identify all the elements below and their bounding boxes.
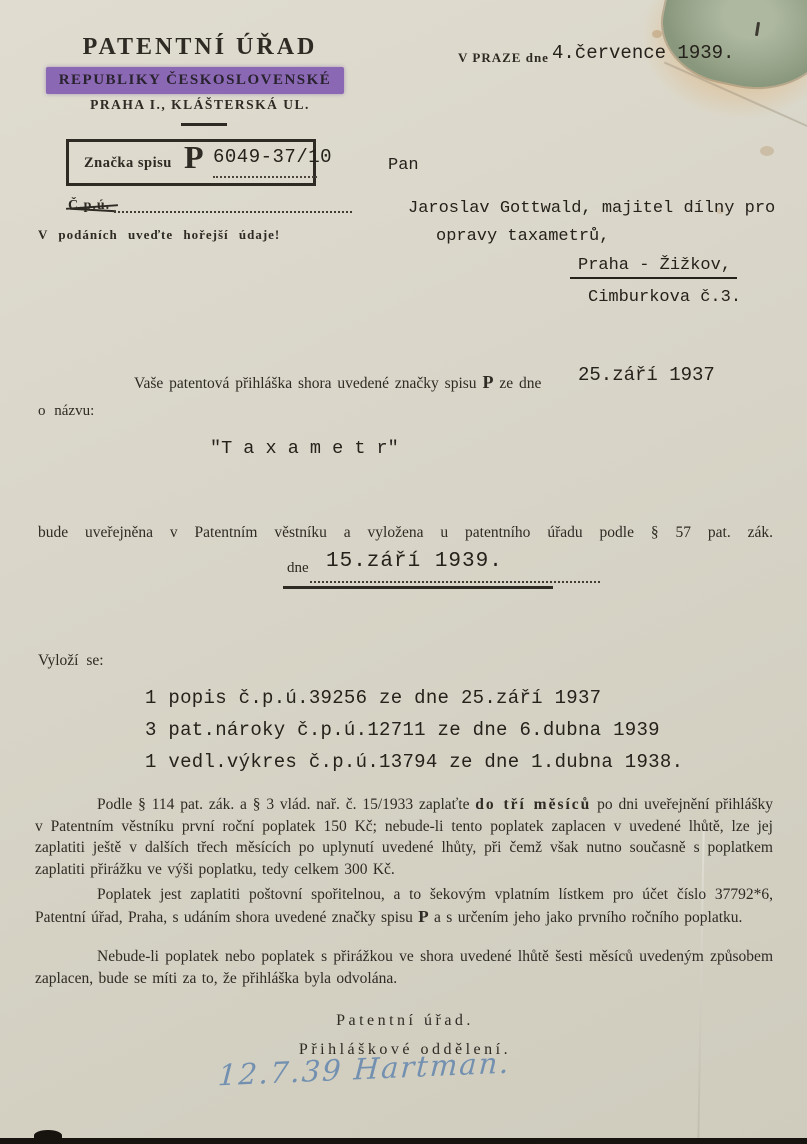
publication-date: 15.září 1939.	[326, 550, 503, 573]
scan-edge	[0, 1138, 807, 1144]
republic-stamp: REPUBLIKY ČESKOSLOVENSKÉ	[46, 67, 344, 94]
exhibit-list: 1 popis č.p.ú.39256 ze dne 25.září 1937 …	[145, 682, 683, 778]
file-symbol: P	[184, 139, 204, 176]
exhibit-item: 1 vedl.výkres č.p.ú.13794 ze dne 1.dubna…	[145, 746, 683, 778]
publication-date-label: dne	[287, 560, 309, 577]
signature-office: Patentní úřad.	[240, 1006, 570, 1035]
header-rule	[181, 123, 227, 126]
exhibit-label: Vyloží se:	[38, 652, 104, 670]
addressee-salutation: Pan	[388, 156, 419, 175]
file-number-dotted-line	[213, 176, 317, 178]
office-address: PRAHA I., KLÁŠTERSKÁ UL.	[58, 97, 342, 113]
scan-edge-blob	[34, 1130, 62, 1141]
intro-text-post: ze dne	[493, 375, 541, 392]
payment-file-symbol: P	[418, 907, 428, 926]
publication-date-dotted-line	[310, 581, 600, 583]
addressee-street: Cimburkova č.3.	[588, 288, 741, 307]
withdrawal-paragraph: Nebude-li poplatek nebo poplatek s přirá…	[35, 946, 773, 989]
fox-spot	[760, 146, 774, 156]
place-date-label: V PRAZE dne	[458, 50, 549, 66]
fee-deadline-emphasis: do tří měsíců	[475, 796, 591, 813]
addressee-name: Jaroslav Gottwald, majitel dílny pro	[408, 199, 775, 218]
fox-spot	[652, 30, 662, 38]
payment-paragraph: Poplatek jest zaplatiti poštovní spořite…	[35, 884, 773, 928]
intro-file-symbol: P	[482, 372, 493, 392]
reference-note: V podáních uveďte hořejší údaje!	[38, 227, 280, 243]
fee-paragraph: Podle § 114 pat. zák. a § 3 vlád. nař. č…	[35, 794, 773, 880]
file-number: 6049-37/10	[213, 146, 332, 168]
addressee-city: Praha - Žižkov,	[570, 256, 737, 279]
publication-line: bude uveřejněna v Patentním věstníku a v…	[38, 524, 773, 542]
intro-line: Vaše patentová přihláška shora uvedené z…	[134, 372, 541, 393]
fee-text-pre: Podle § 114 pat. zák. a § 3 vlád. nař. č…	[97, 796, 475, 813]
title-label: o názvu:	[38, 403, 94, 420]
publication-date-underline	[283, 586, 553, 589]
addressee-occupation: opravy taxametrů,	[436, 227, 609, 246]
intro-text-pre: Vaše patentová přihláška shora uvedené z…	[134, 375, 482, 392]
letter-date: 4.července 1939.	[552, 42, 734, 64]
exhibit-item: 1 popis č.p.ú.39256 ze dne 25.září 1937	[145, 682, 683, 714]
exhibit-item: 3 pat.nároky č.p.ú.12711 ze dne 6.dubna …	[145, 714, 683, 746]
office-title: PATENTNÍ ÚŘAD	[58, 34, 342, 61]
cpu-dotted-line	[114, 211, 352, 213]
application-date: 25.září 1937	[578, 364, 715, 386]
document-page: PATENTNÍ ÚŘAD REPUBLIKY ČESKOSLOVENSKÉ P…	[0, 0, 807, 1144]
file-reference-label: Značka spisu	[84, 155, 172, 172]
payment-text-post: a s určením jeho jako prvního ročního po…	[429, 909, 743, 926]
invention-title: "T a x a m e t r"	[210, 438, 399, 459]
